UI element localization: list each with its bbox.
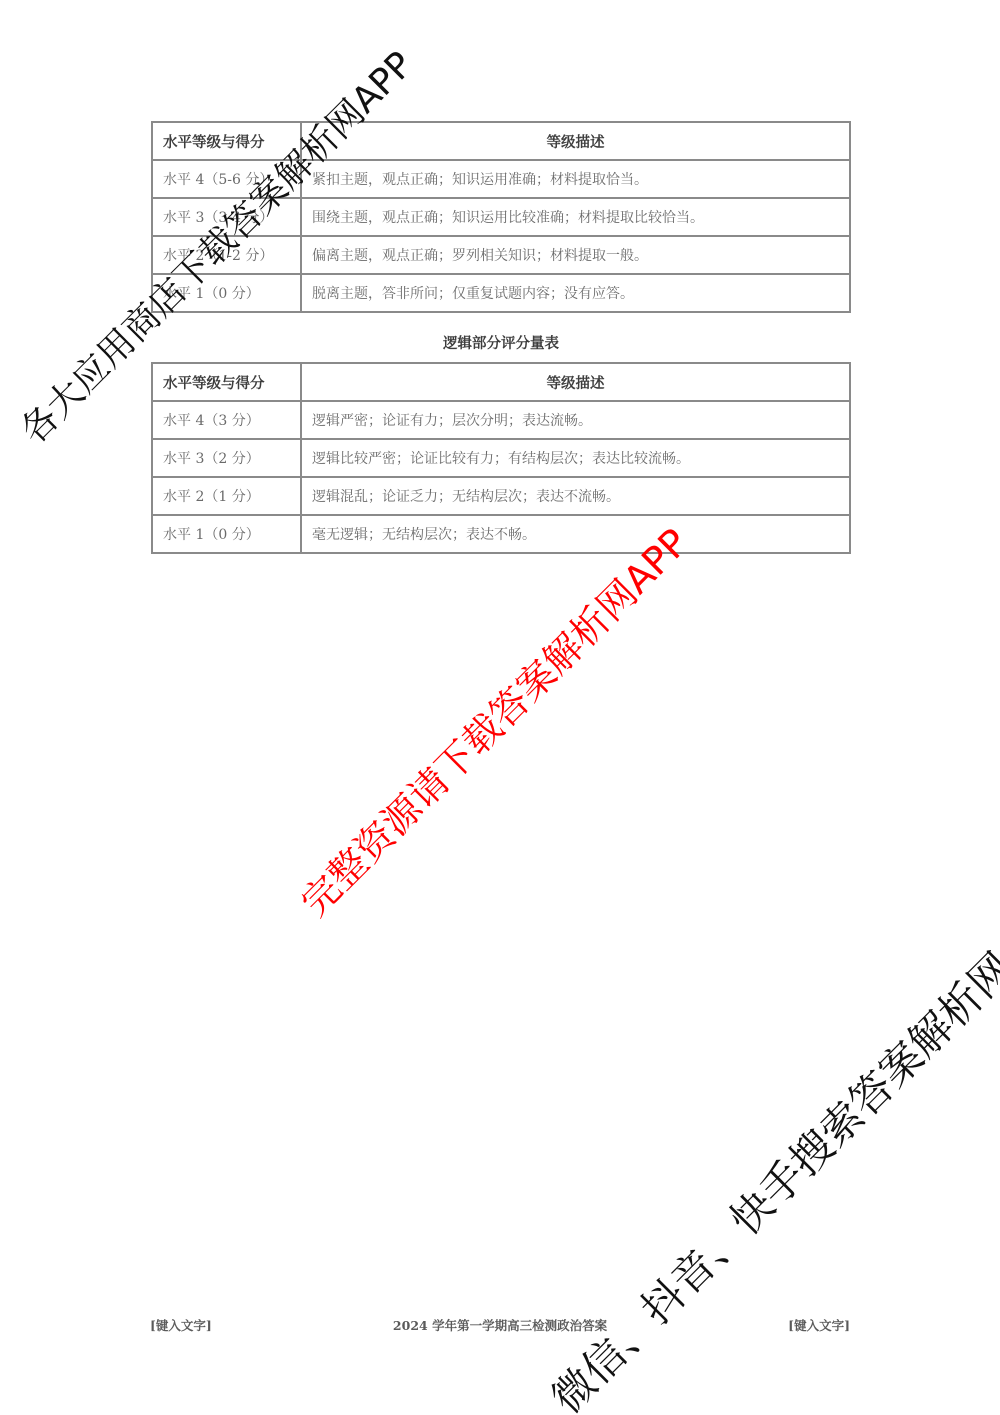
table-row: 水平 2（1 分） 逻辑混乱；论证乏力；无结构层次；表达不流畅。 [152, 477, 850, 515]
header-description: 等级描述 [301, 363, 850, 401]
description-cell: 脱离主题，答非所问；仅重复试题内容；没有应答。 [301, 274, 850, 312]
logic-table-title: 逻辑部分评分量表 [151, 332, 851, 353]
description-cell: 紧扣主题，观点正确；知识运用准确；材料提取恰当。 [301, 160, 850, 198]
footer-right-placeholder: [键入文字] [788, 1316, 850, 1334]
watermark-center-red: 完整资源请下载答案解析网APP [295, 522, 695, 922]
table-row: 水平 1（0 分） 毫无逻辑；无结构层次；表达不畅。 [152, 515, 850, 553]
table-header-row: 水平等级与得分 等级描述 [152, 122, 850, 160]
table-row: 水平 4（3 分） 逻辑严密；论证有力；层次分明；表达流畅。 [152, 401, 850, 439]
header-level: 水平等级与得分 [152, 363, 301, 401]
level-cell: 水平 3（2 分） [152, 439, 301, 477]
level-cell: 水平 1（0 分） [152, 515, 301, 553]
table-row: 水平 1（0 分） 脱离主题，答非所问；仅重复试题内容；没有应答。 [152, 274, 850, 312]
description-cell: 逻辑比较严密；论证比较有力；有结构层次；表达比较流畅。 [301, 439, 850, 477]
table-header-row: 水平等级与得分 等级描述 [152, 363, 850, 401]
level-cell: 水平 2（1 分） [152, 477, 301, 515]
level-cell: 水平 4（3 分） [152, 401, 301, 439]
description-cell: 偏离主题，观点正确；罗列相关知识；材料提取一般。 [301, 236, 850, 274]
description-cell: 逻辑严密；论证有力；层次分明；表达流畅。 [301, 401, 850, 439]
header-level: 水平等级与得分 [152, 122, 301, 160]
description-cell: 逻辑混乱；论证乏力；无结构层次；表达不流畅。 [301, 477, 850, 515]
header-description: 等级描述 [301, 122, 850, 160]
description-cell: 围绕主题，观点正确；知识运用比较准确；材料提取比较恰当。 [301, 198, 850, 236]
table-row: 水平 3（2 分） 逻辑比较严密；论证比较有力；有结构层次；表达比较流畅。 [152, 439, 850, 477]
watermark-bottom-right: 微信、抖音、快手搜索答案解析网 [545, 946, 1000, 1415]
footer-title: 2024 学年第一学期高三检测政治答案 [0, 1316, 1000, 1334]
description-cell: 毫无逻辑；无结构层次；表达不畅。 [301, 515, 850, 553]
logic-rubric-table: 水平等级与得分 等级描述 水平 4（3 分） 逻辑严密；论证有力；层次分明；表达… [151, 362, 851, 554]
table-row: 水平 2（1-2 分） 偏离主题，观点正确；罗列相关知识；材料提取一般。 [152, 236, 850, 274]
